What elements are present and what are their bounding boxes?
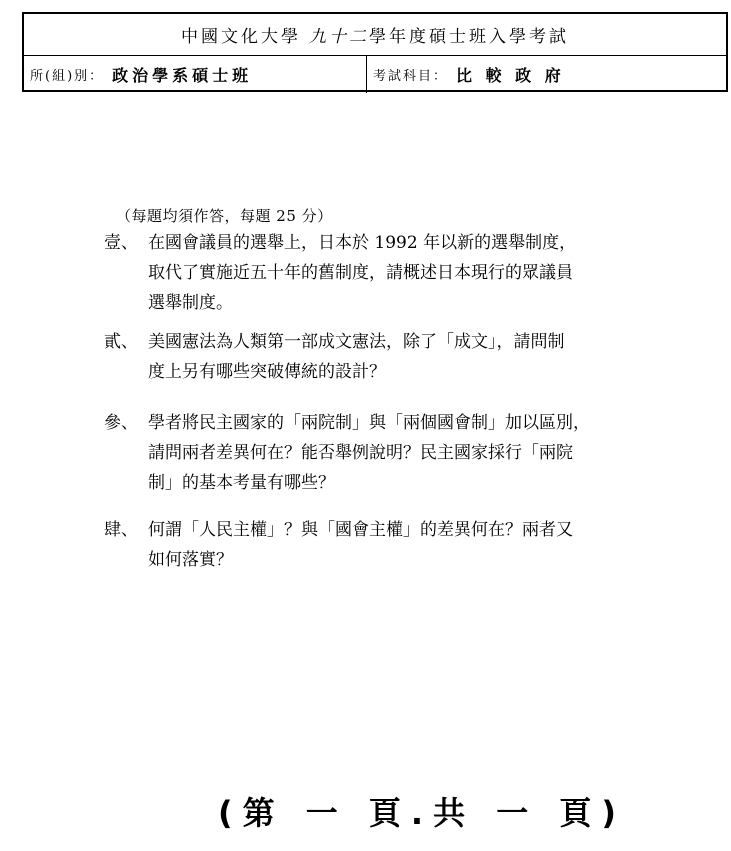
- academic-year: 九十二: [309, 22, 369, 47]
- exam-instructions: （每題均須作答，每題 25 分）: [116, 205, 333, 226]
- question-text: 在國會議員的選舉上，日本於 1992 年以新的選舉制度， 取代了實施近五十年的舊…: [148, 228, 644, 318]
- question-line: 美國憲法為人類第一部成文憲法，除了「成文」，請問制: [148, 327, 644, 357]
- question-line: 請問兩者差異何在？能否舉例說明？民主國家採行「兩院: [148, 438, 644, 468]
- department-value: 政治學系碩士班: [112, 63, 252, 86]
- question-1: 壹、 在國會議員的選舉上，日本於 1992 年以新的選舉制度， 取代了實施近五十…: [104, 228, 644, 318]
- school-name: 中國文化大學: [181, 22, 301, 47]
- question-line: 何謂「人民主權」？與「國會主權」的差異何在？兩者又: [148, 515, 644, 545]
- question-2: 貳、 美國憲法為人類第一部成文憲法，除了「成文」，請問制 度上另有哪些突破傳統的…: [104, 327, 644, 387]
- department-cell: 所(組)別： 政治學系碩士班: [24, 56, 367, 93]
- exam-info-row: 所(組)別： 政治學系碩士班 考試科目： 比 較 政 府: [24, 56, 726, 93]
- page-indicator: (第 一 頁.共 一 頁): [218, 788, 626, 834]
- subject-value: 比 較 政 府: [456, 63, 565, 86]
- exam-header-table: 中國文化大學 九十二 學年度碩士班入學考試 所(組)別： 政治學系碩士班 考試科…: [22, 12, 728, 92]
- subject-label: 考試科目：: [373, 65, 448, 84]
- question-line: 學者將民主國家的「兩院制」與「兩個國會制」加以區別，: [148, 408, 644, 438]
- question-line: 取代了實施近五十年的舊制度，請概述日本現行的眾議員: [148, 258, 644, 288]
- question-line: 如何落實？: [148, 545, 644, 575]
- question-line: 選舉制度。: [148, 288, 644, 318]
- question-text: 美國憲法為人類第一部成文憲法，除了「成文」，請問制 度上另有哪些突破傳統的設計？: [148, 327, 644, 387]
- question-text: 何謂「人民主權」？與「國會主權」的差異何在？兩者又 如何落實？: [148, 515, 644, 575]
- exam-title-row: 中國文化大學 九十二 學年度碩士班入學考試: [24, 14, 726, 56]
- question-line: 在國會議員的選舉上，日本於 1992 年以新的選舉制度，: [148, 228, 644, 258]
- department-label: 所(組)別：: [30, 65, 104, 84]
- question-line: 制」的基本考量有哪些？: [148, 468, 644, 498]
- question-4: 肆、 何謂「人民主權」？與「國會主權」的差異何在？兩者又 如何落實？: [104, 515, 644, 575]
- question-number: 貳、: [104, 327, 144, 357]
- question-number: 壹、: [104, 228, 144, 258]
- subject-cell: 考試科目： 比 較 政 府: [367, 56, 565, 93]
- question-number: 肆、: [104, 515, 144, 545]
- question-line: 度上另有哪些突破傳統的設計？: [148, 357, 644, 387]
- question-text: 學者將民主國家的「兩院制」與「兩個國會制」加以區別， 請問兩者差異何在？能否舉例…: [148, 408, 644, 498]
- exam-title: 學年度碩士班入學考試: [369, 22, 569, 47]
- question-3: 參、 學者將民主國家的「兩院制」與「兩個國會制」加以區別， 請問兩者差異何在？能…: [104, 408, 644, 498]
- question-number: 參、: [104, 408, 144, 438]
